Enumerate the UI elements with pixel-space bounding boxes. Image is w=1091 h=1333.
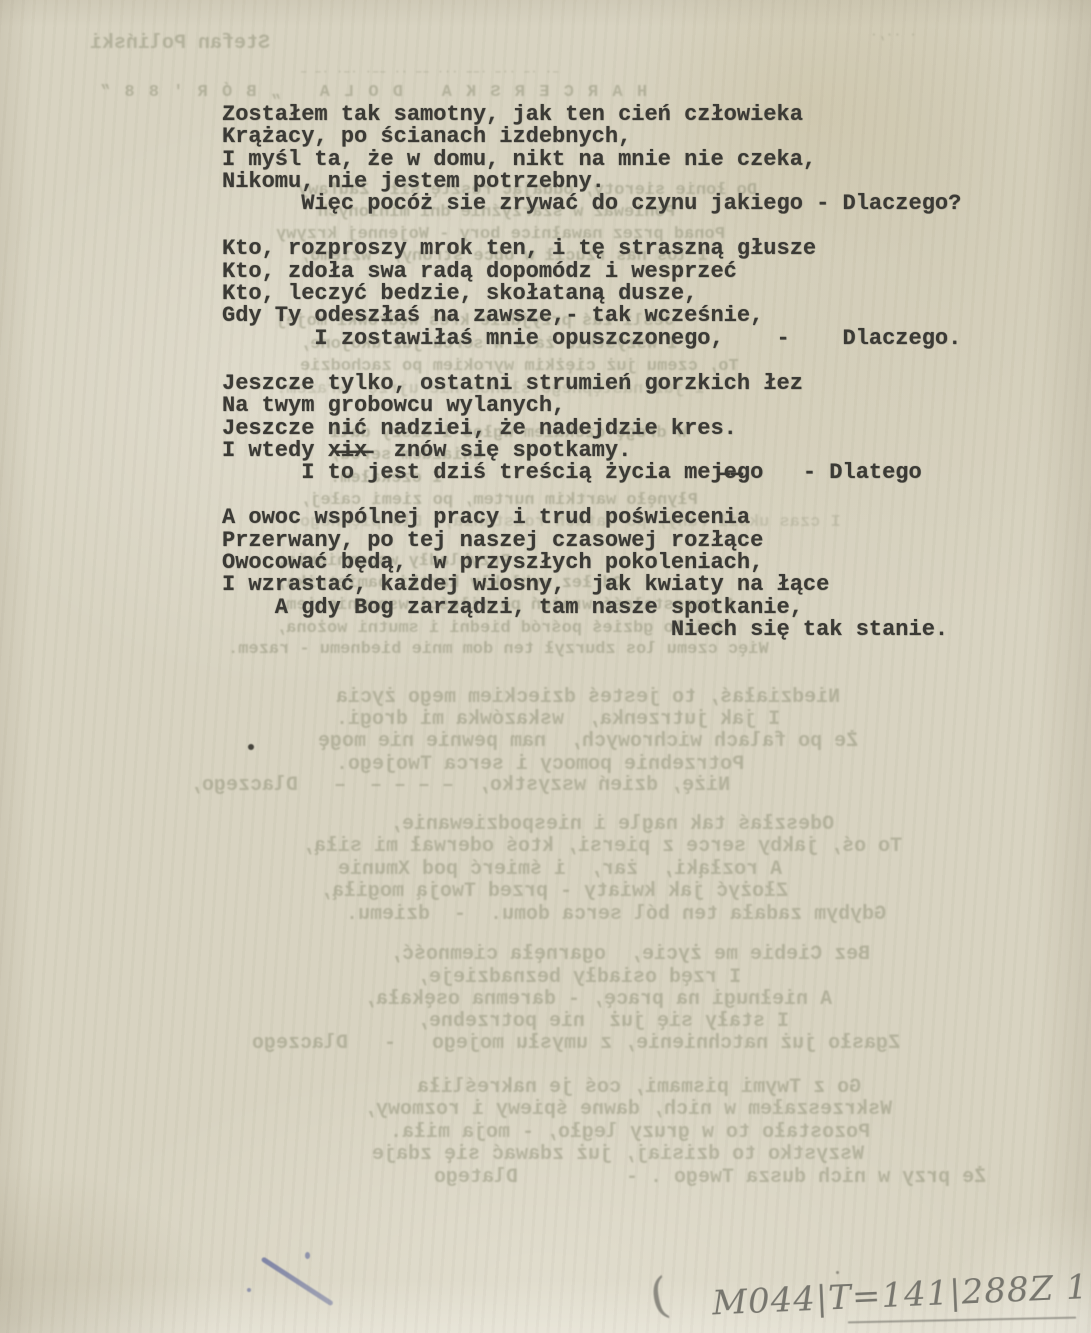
- ghost-line: Go z Twymi pismami, coś je nakreśliła: [417, 1078, 861, 1098]
- poem-line: Na twym grobowcu wylanych,: [222, 395, 961, 417]
- poem-stanza: A owoc wspólnej pracy i trud poświecenia…: [222, 507, 961, 641]
- ghost-line: A rozłąki, żar, i śmierć pod Xmunie: [338, 860, 782, 880]
- ghost-line: I jak jutrzenka, wskazówka mi drogi.: [336, 710, 780, 730]
- ghost-line: Zgasło już natchnienie, z umysłu mojego …: [252, 1034, 900, 1054]
- ghost-line: Niedziałaś, to jesteś dzieckiem mego życ…: [336, 688, 840, 708]
- ghost-line: Wskrzeszałem w nich, dawne śpiewy i rozm…: [364, 1100, 892, 1120]
- poem-line: I zostawiłaś mnie opuszczonego, - Dlacze…: [222, 328, 961, 350]
- poem-line: Kto, rozproszy mrok ten, i tę straszną g…: [222, 238, 961, 260]
- ghost-line: Gdybym zadała ten ból serca domu. - dzie…: [346, 905, 886, 925]
- ghost-line: Pozostało to w gruzy legło, - moja miła.: [390, 1123, 870, 1143]
- ghost-line: Złożyć jak kwiaty - przed Twoją mogiłą,: [320, 882, 788, 902]
- poem-stanza: Jeszcze tylko, ostatni strumień gorzkich…: [222, 373, 961, 484]
- poem-line: Gdy Ty odeszłaś na zawsze,- tak wcześnie…: [222, 305, 961, 327]
- ghost-line: To oś, jakby serce z piersi, ktoś oderwa…: [302, 837, 902, 857]
- ghost-line: Że po falach wichrowych, nam pewnie nie …: [318, 732, 858, 752]
- ghost-line: A niełnugi na pracę, - daremna osękała,: [364, 990, 832, 1010]
- poem-line: I myśl ta, że w domu, nikt na mnie nie c…: [222, 149, 961, 171]
- scanned-document-page: Stefan Poliński–· ·– ··– ·–– ··· –– ·· –…: [0, 0, 1091, 1333]
- ghost-line: Potrzebnie pomocy i serca Twojego.: [336, 755, 744, 775]
- ghost-line: Odeszłaś tak nagle i niespodziewanie,: [390, 815, 834, 835]
- poem-line: Kto, zdoła swa radą dopomódz i wesprzeć: [222, 261, 961, 283]
- poem-line: Zostałem tak samotny, jak ten cień człow…: [222, 104, 961, 126]
- ghost-line: –· ·– ··– ·–– ··· –– ·· ––· ·–· ·– –: [300, 66, 559, 78]
- ink-speck: [248, 744, 254, 750]
- ink-speck: [836, 1271, 839, 1274]
- poem-line: Przerwany, po tej naszej czasowej rozłąc…: [222, 530, 961, 552]
- poem-line: Jeszcze tylko, ostatni strumień gorzkich…: [222, 373, 961, 395]
- poem-line: A gdy Bog zarządzi, tam nasze spotkanie,: [222, 597, 961, 619]
- poem-line: Krążacy, po ścianach izdebnych,: [222, 126, 961, 148]
- ghost-line: Bez Ciebie me życie, ogarnęła ciemność,: [390, 945, 870, 965]
- ghost-line: Wszystko to dzisiaj, już zdawać się zdaj…: [372, 1145, 864, 1165]
- poem-stanza: Zostałem tak samotny, jak ten cień człow…: [222, 104, 961, 215]
- poem-line: I to jest dziś treścią życia mej̶e̶go - …: [222, 462, 961, 484]
- poem-line: I wtedy x̶i̶x̶ znów się spotkamy.: [222, 440, 961, 462]
- poem-line: I wzrastać, każdej wiosny, jak kwiaty na…: [222, 574, 961, 596]
- poem-line: A owoc wspólnej pracy i trud poświecenia: [222, 507, 961, 529]
- poem-stanza: Kto, rozproszy mrok ten, i tę straszną g…: [222, 238, 961, 349]
- handwriting-underline: [848, 1317, 1076, 1324]
- ghost-line: Niżę, dzień wszystko, – – – – – Dlaczego…: [190, 776, 730, 796]
- ghost-line: H A R C E R S K A D O L A „ B Ó R ' 8 8 …: [98, 84, 647, 101]
- poem-line: Niech się tak stanie.: [222, 619, 961, 641]
- ghost-line: I stały się już nie potrzebne,: [417, 1012, 789, 1032]
- poem-line: Jeszcze nić nadziei, że nadejdzie kres.: [222, 418, 961, 440]
- pencil-paren-mark: (: [645, 1267, 673, 1325]
- blue-pencil-dot: [305, 1252, 310, 1259]
- poem-line: Kto, leczyć bedzie, skołataną dusze,: [222, 283, 961, 305]
- archive-number-handwriting: M044|T=141|288Z 11-212: [711, 1266, 1091, 1321]
- ghost-line: · ··,·: [870, 28, 917, 41]
- ghost-line: Stefan Poliński: [90, 34, 270, 54]
- ghost-line: Że przy w nich dusza Twego . - Dlatego: [434, 1168, 986, 1188]
- poem-line: Nikomu, nie jestem potrzebny.: [222, 171, 961, 193]
- blue-pencil-dot: [247, 1288, 251, 1292]
- blue-pencil-mark: [261, 1256, 334, 1306]
- poem-line: Owocować będą, w przyszłych pokoleniach,: [222, 552, 961, 574]
- ghost-line: I rzęd osiadły beznadzieje,: [417, 968, 741, 988]
- poem-text: Zostałem tak samotny, jak ten cień człow…: [222, 104, 961, 664]
- poem-line: Więc pocóż sie zrywać do czynu jakiego -…: [222, 193, 961, 215]
